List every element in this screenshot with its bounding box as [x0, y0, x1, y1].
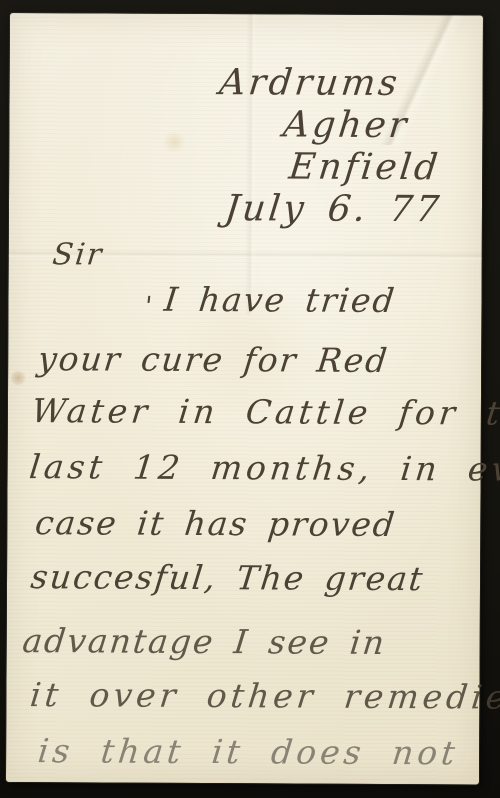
body-line-6: succesful, The great	[29, 557, 427, 598]
body-line-2: your cure for Red	[36, 339, 391, 380]
salutation: Sir	[51, 237, 105, 272]
address-line-1: Ardrums	[217, 62, 402, 104]
foxing-spot-left	[10, 371, 26, 385]
body-line-3: Water in Cattle for the	[30, 391, 500, 433]
body-line-7: advantage I see in	[21, 621, 389, 662]
address-line-2: Agher	[281, 104, 411, 146]
body-line-9: is that it does not	[36, 731, 461, 772]
body-line-4: last 12 months, in every	[27, 447, 500, 489]
stray-ink-mark: '	[143, 292, 155, 322]
scan-background: Ardrums Agher Enfield July 6. 77 Sir ' I…	[0, 0, 500, 798]
body-line-1: I have tried	[162, 280, 398, 320]
foxing-spot-top	[161, 132, 187, 152]
date-line: July 6. 77	[223, 188, 444, 230]
body-line-5: case it has proved	[33, 503, 398, 544]
letter-paper: Ardrums Agher Enfield July 6. 77 Sir ' I…	[6, 13, 483, 784]
body-line-8: it over other remedies	[28, 675, 500, 717]
address-line-3: Enfield	[287, 146, 443, 188]
paper-fold-vertical	[244, 14, 258, 314]
